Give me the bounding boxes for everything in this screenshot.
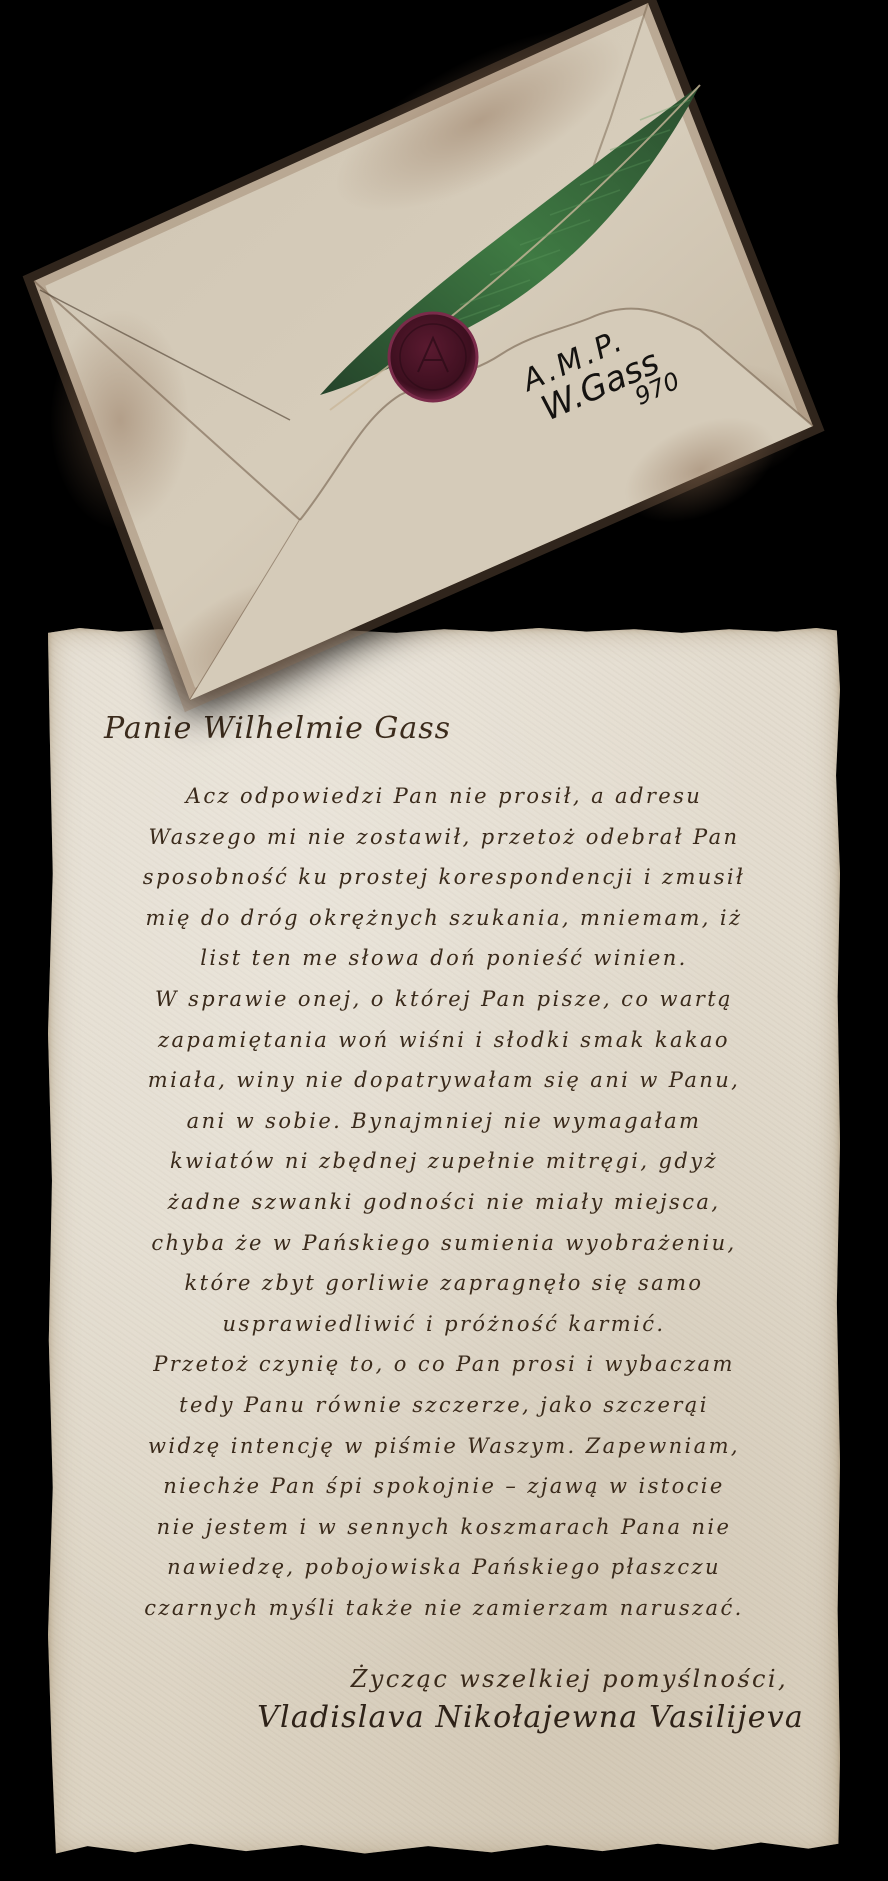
- letter-line: miała, winy nie dopatrywałam się ani w P…: [78, 1060, 810, 1101]
- envelope: A.M.P. W.Gass 970: [0, 0, 888, 720]
- letter-line: żadne szwanki godności nie miały miejsca…: [78, 1182, 810, 1223]
- letter-line: list ten me słowa doń ponieść winien.: [78, 938, 810, 979]
- wax-seal-icon: [389, 313, 477, 401]
- letter-line: ani w sobie. Bynajmniej nie wymagałam: [78, 1101, 810, 1142]
- envelope-graphic: [0, 0, 888, 720]
- letter-line: czarnych myśli także nie zamierzam narus…: [78, 1588, 810, 1629]
- letter-line: Waszego mi nie zostawił, przetoż odebrał…: [78, 817, 810, 858]
- letter-line: tedy Panu równie szczerze, jako szczerąi: [78, 1385, 810, 1426]
- letter-line: nie jestem i w sennych koszmarach Pana n…: [78, 1507, 810, 1548]
- letter-line: kwiatów ni zbędnej zupełnie mitręgi, gdy…: [78, 1141, 810, 1182]
- letter-line: usprawiedliwić i próżność karmić.: [78, 1304, 810, 1345]
- letter-line: nawiedzę, pobojowiska Pańskiego płaszczu: [78, 1547, 810, 1588]
- letter-line: zapamiętania woń wiśni i słodki smak kak…: [78, 1020, 810, 1061]
- letter-content: Panie Wilhelmie Gass Acz odpowiedzi Pan …: [48, 628, 840, 1856]
- letter-line: W sprawie onej, o której Pan pisze, co w…: [78, 979, 810, 1020]
- letter-line: które zbyt gorliwie zapragnęło się samo: [78, 1263, 810, 1304]
- letter-line: chyba że w Pańskiego sumienia wyobrażeni…: [78, 1223, 810, 1264]
- letter-line: niechże Pan śpi spokojnie – zjawą w isto…: [78, 1466, 810, 1507]
- letter-line: Przetoż czynię to, o co Pan prosi i wyba…: [78, 1344, 810, 1385]
- letter-signature: Vladislava Nikołajewna Vasilijeva: [257, 1700, 804, 1735]
- letter-line: sposobność ku prostej korespondencji i z…: [78, 857, 810, 898]
- letter-body: Acz odpowiedzi Pan nie prosił, a adresu …: [78, 776, 810, 1628]
- letter-line: widzę intencję w piśmie Waszym. Zapewnia…: [78, 1426, 810, 1467]
- letter-line: mię do dróg okrężnych szukania, mniemam,…: [78, 898, 810, 939]
- letter-line: Acz odpowiedzi Pan nie prosił, a adresu: [78, 776, 810, 817]
- letter-paper: Panie Wilhelmie Gass Acz odpowiedzi Pan …: [48, 628, 840, 1856]
- letter-closing: Życząc wszelkiej pomyślności,: [351, 1665, 788, 1693]
